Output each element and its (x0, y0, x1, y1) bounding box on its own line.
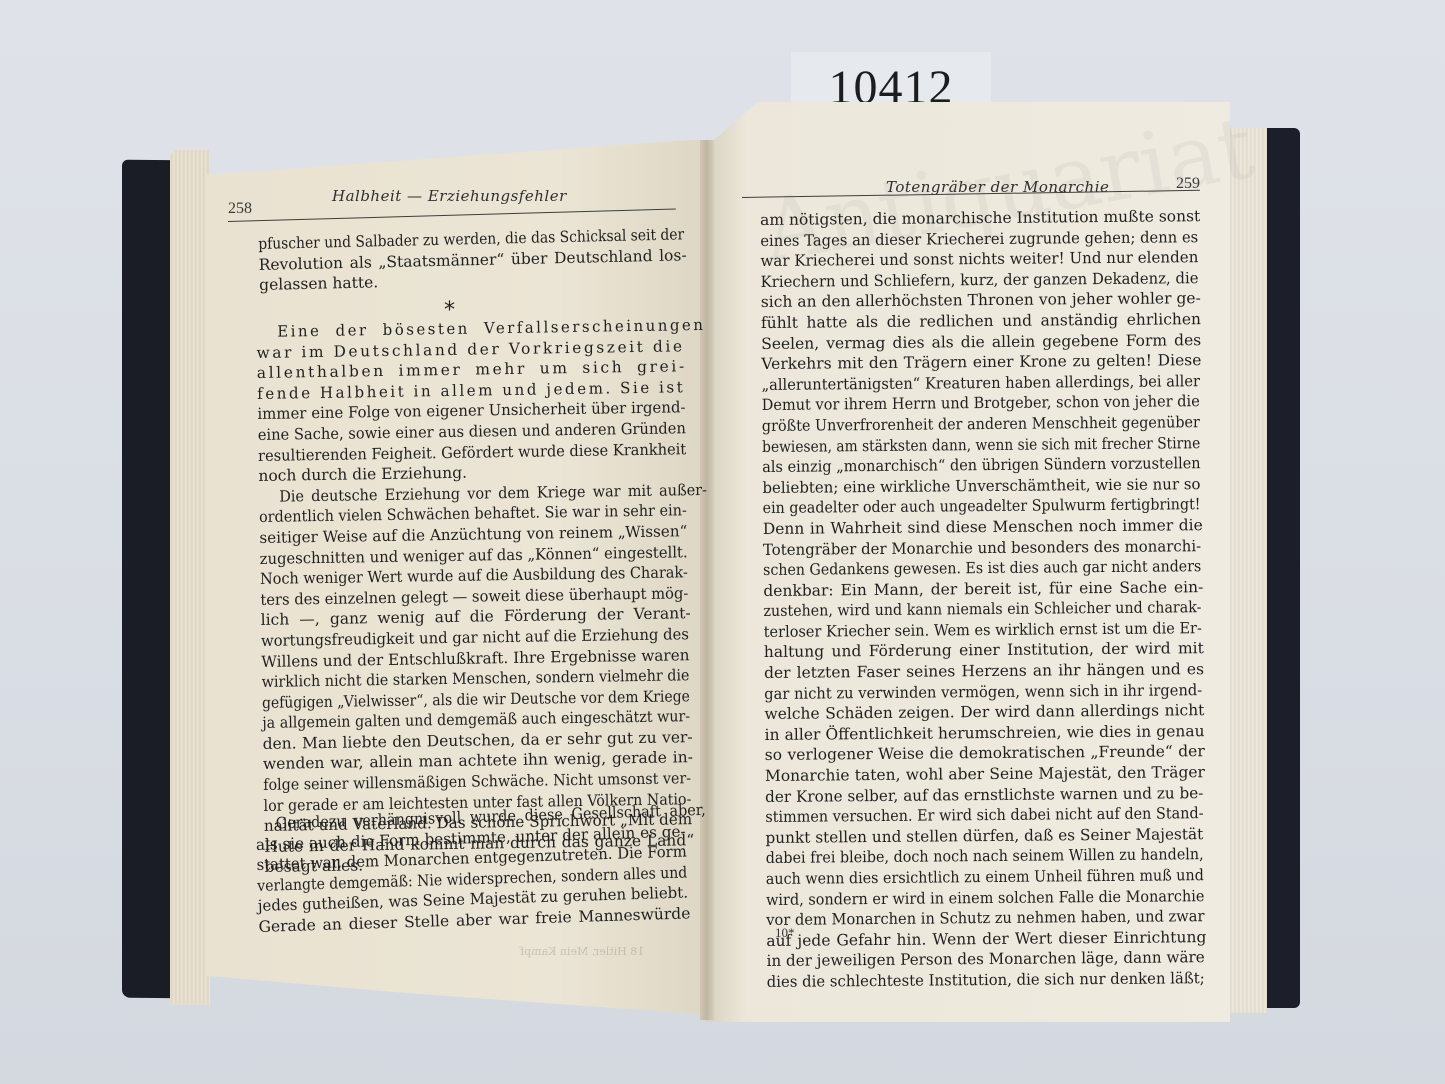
show-through-footer: 18 Hitler, Mein Kampf (520, 945, 644, 958)
page-stack-left (170, 150, 210, 1005)
text-line: schen Gedankens gewesen. Es ist dies auc… (763, 556, 1201, 580)
left-page-text-body: Eine der bösesten Verfallserscheinungen … (256, 315, 695, 878)
left-page-text-final-paragraph: Geradezu verhängnisvoll wurde diese Gese… (255, 800, 691, 937)
signature-mark: 10* (775, 925, 795, 941)
text-line: terloser Kriecher sein. Wem es wirklich … (764, 618, 1202, 642)
text-line: ein geadelter oder auch ungeadelter Spul… (763, 494, 1201, 518)
text-line: dies die schlechteste Institution, die s… (767, 968, 1205, 992)
text-line: gar nicht zu verwinden vermögen, wenn si… (764, 680, 1202, 704)
page-stack-right (1225, 128, 1267, 1013)
right-page-text-body: am nötigsten, die monarchische Instituti… (760, 206, 1207, 992)
text-line: Kriechern und Schliefern, kurz, der ganz… (761, 268, 1199, 292)
left-running-title: Halbheit — Erziehungsfehler (332, 187, 567, 205)
left-page-text-continuation: pfuscher und Salbader zu werden, die das… (258, 224, 687, 295)
text-line: vor dem Monarchen in Schutz zu nehmen ha… (766, 906, 1204, 930)
book-gutter (700, 140, 714, 1020)
left-page-number: 258 (228, 200, 252, 218)
